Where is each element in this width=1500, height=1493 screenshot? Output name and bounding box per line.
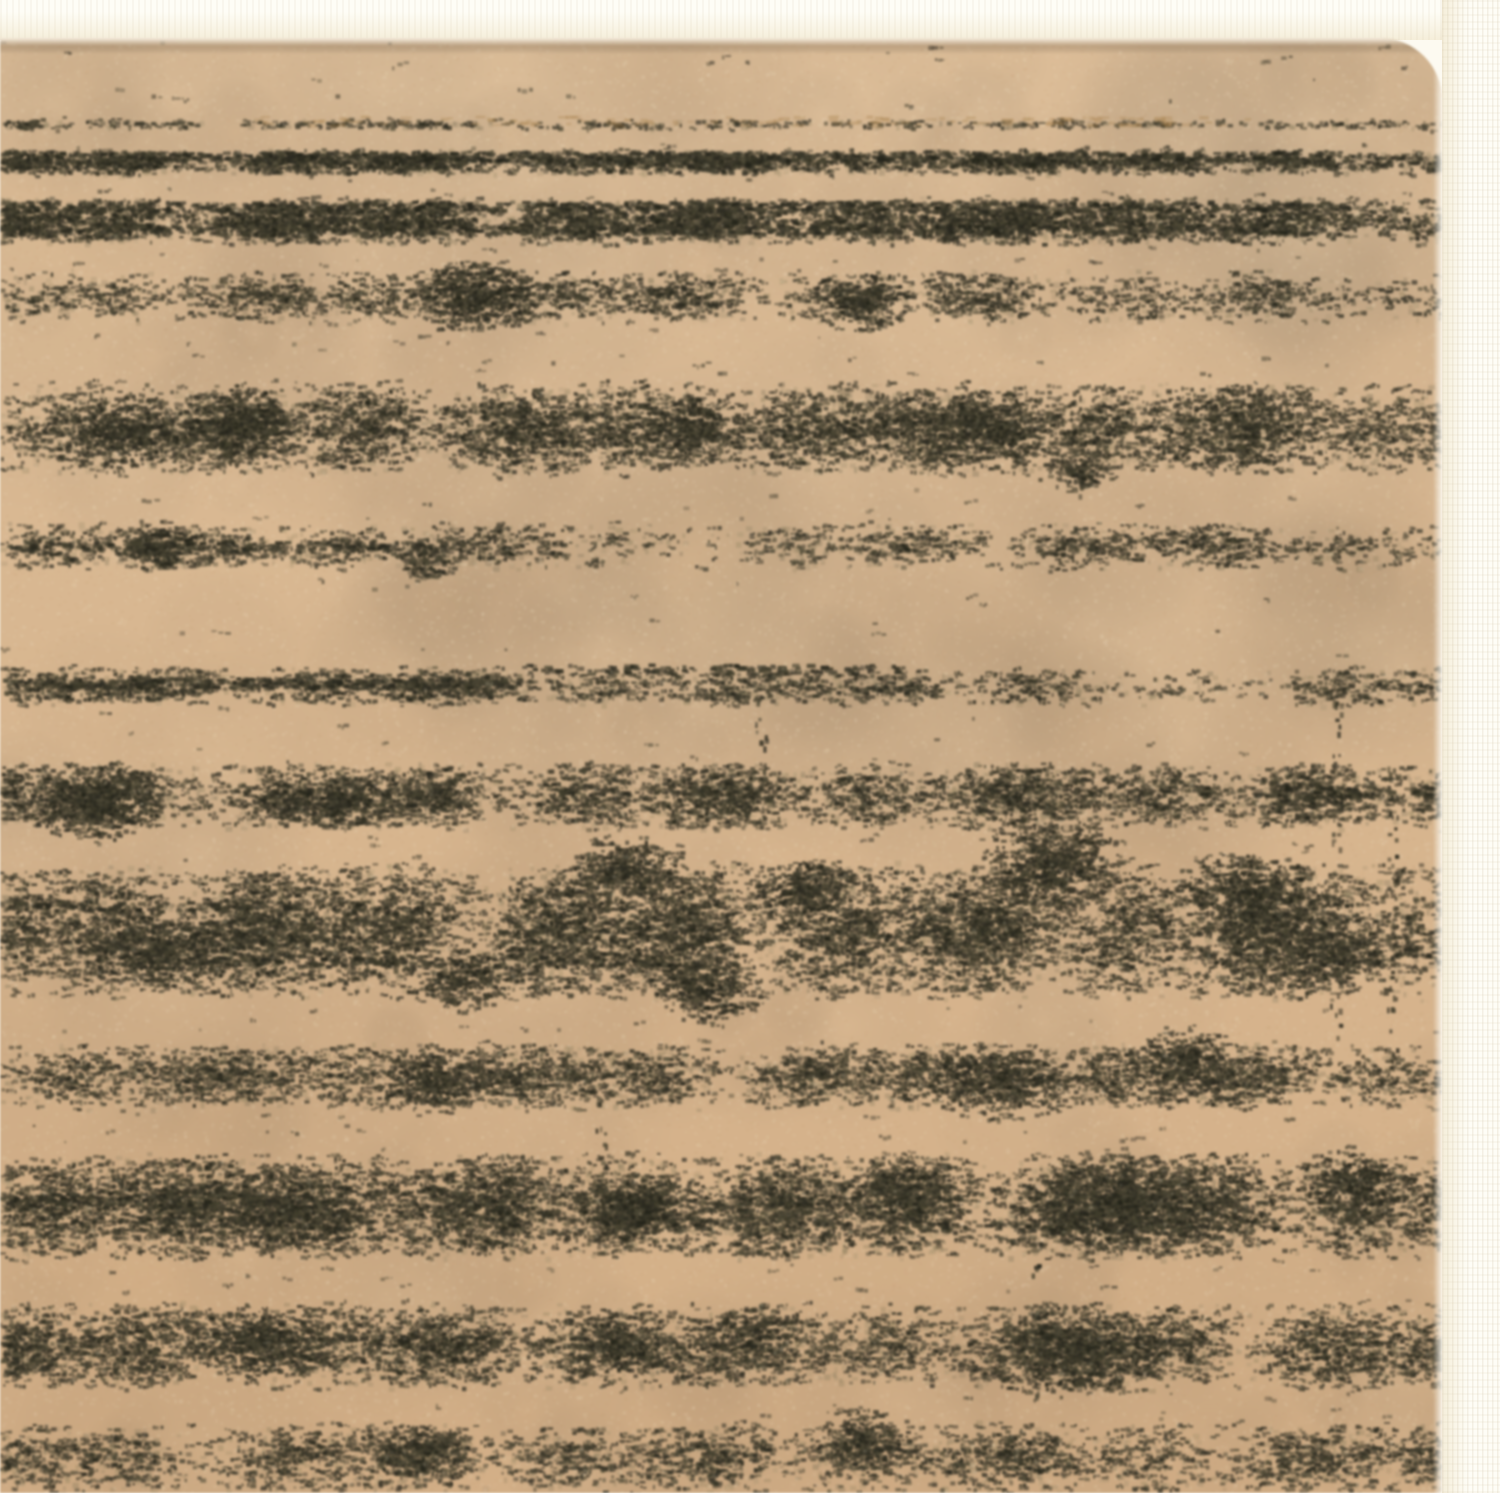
- rug-pile-surface: [0, 38, 1442, 1493]
- rug-photo: [0, 0, 1500, 1493]
- rug-texture-canvas: [0, 38, 1442, 1493]
- rug-binding-edge-right: [1442, 0, 1500, 1493]
- rug-binding-edge-top: [0, 0, 1500, 40]
